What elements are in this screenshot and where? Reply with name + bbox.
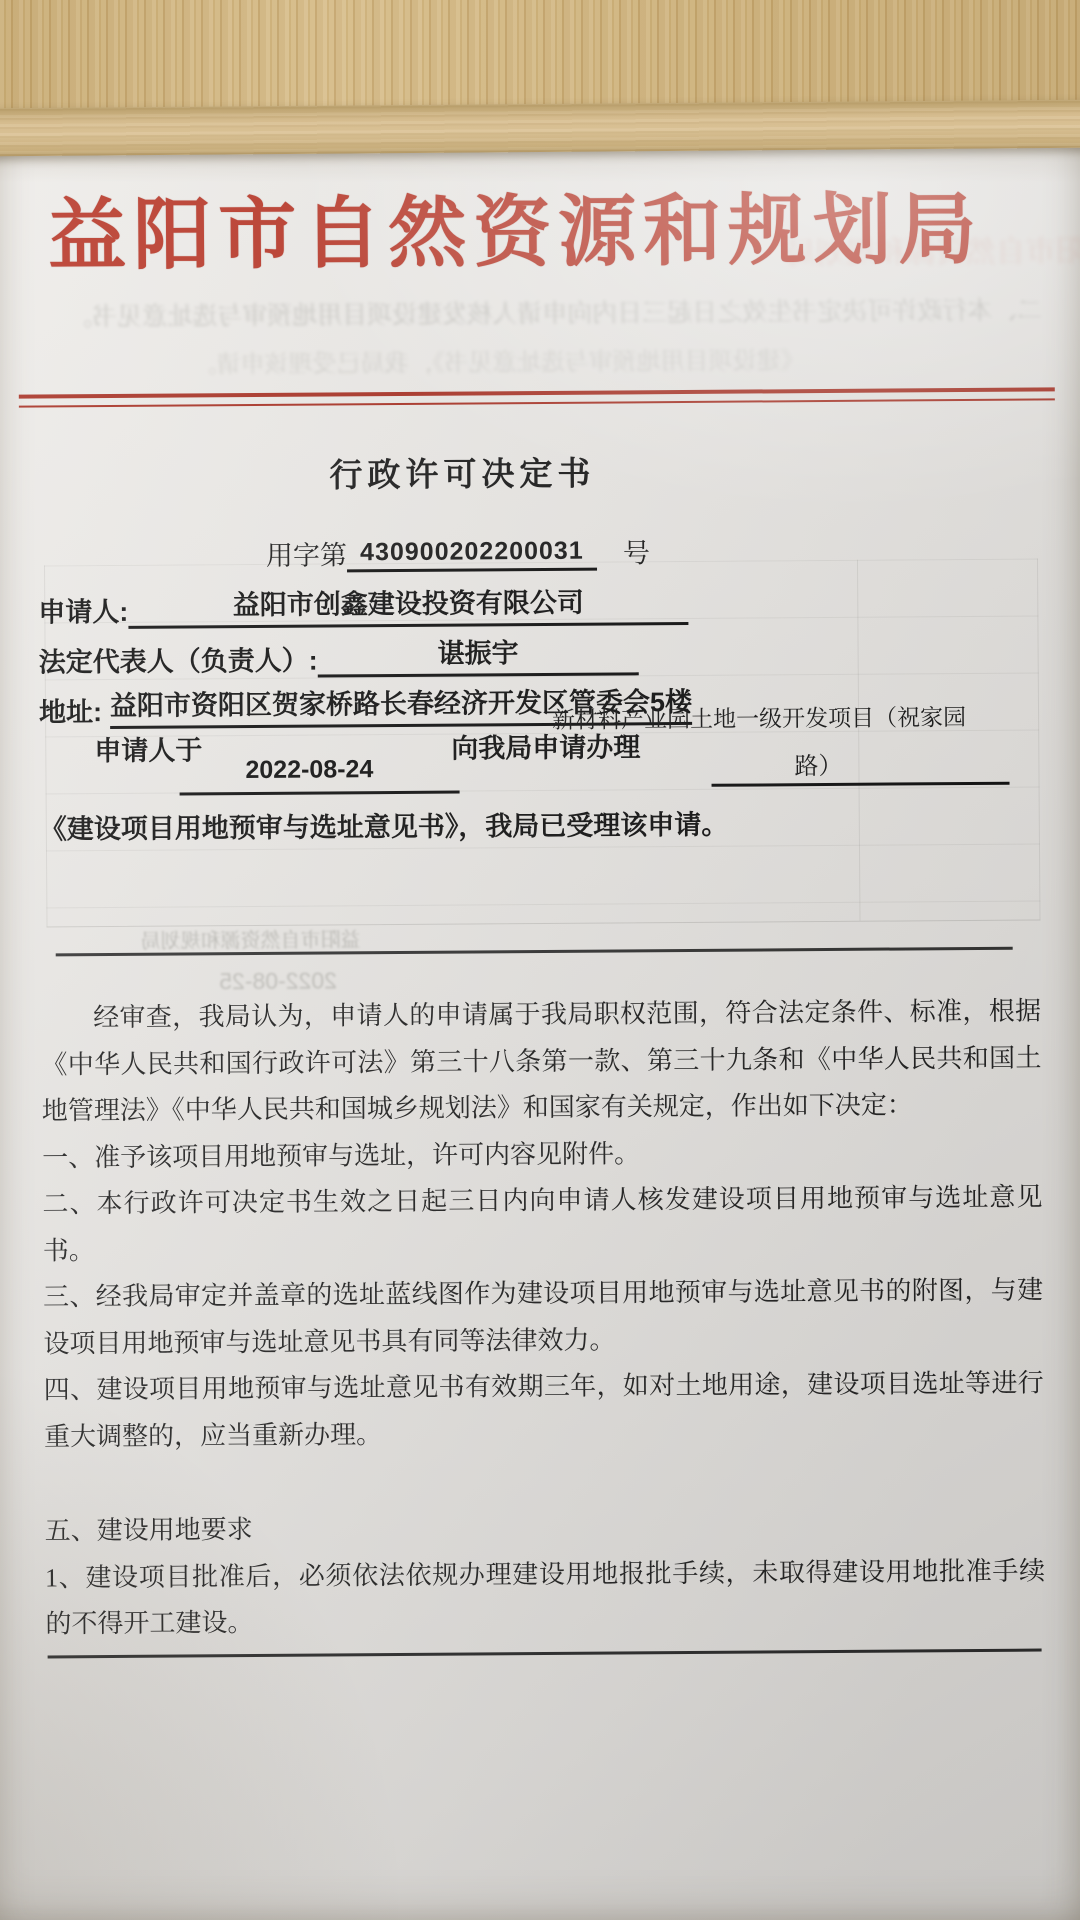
body-paragraph: 经审查，我局认为，申请人的申请属于我局职权范围，符合法定条件、标准，根据《中华人… [41, 989, 1042, 1135]
section-separator-line [56, 947, 1013, 957]
document-number-line: 用字第 430900202200031 号 [0, 529, 918, 574]
doc-number-suffix: 号 [623, 531, 650, 570]
application-middle: 向我局申请办理 [451, 725, 640, 765]
letterhead-rule-thick [19, 387, 1055, 398]
wood-ledge [0, 100, 1080, 157]
legal-representative-label: 法定代表人（负责人）: [39, 639, 318, 680]
body-paragraph: 一、准予该项目用地预审与选址，许可内容见附件。 [42, 1128, 1042, 1181]
body-paragraph: 四、建设项目用地预审与选址意见书有效期三年，如对土地用途，建设项目选址等进行重大… [44, 1360, 1045, 1460]
doc-number-prefix: 用字第 [266, 533, 347, 573]
applicant-label: 申请人: [38, 590, 128, 630]
application-date: 2022-08-24 [245, 755, 373, 785]
bleedthrough-agency-name: 益阳市自然资源和规划局 [51, 923, 361, 953]
project-name-line2: 路） [794, 746, 842, 781]
project-underline [712, 782, 1010, 787]
body-paragraph: 1、建设项目批准后，必须依法依规办理建设用地报批手续，未取得建设用地批准手续的不… [45, 1548, 1046, 1648]
applicant-row: 申请人: 益阳市创鑫建设投资有限公司 [38, 580, 688, 630]
document-title: 行政许可决定书 [0, 445, 928, 498]
letterhead-rule-thin [19, 398, 1055, 407]
date-underline [180, 791, 460, 796]
applicant-value: 益阳市创鑫建设投资有限公司 [128, 580, 688, 629]
decision-body: 经审查，我局认为，申请人的申请属于我局职权范围，符合法定条件、标准，根据《中华人… [41, 989, 1046, 1648]
agency-letterhead-title: 益阳市自然资源和规划局 [35, 171, 996, 296]
photo-scene: 益阳市自然资源和规划局 二、本行政许可决定书生效之日起三日内向申请人核发建设项目… [0, 0, 1080, 1920]
legal-representative-row: 法定代表人（负责人）: 谌振宇 [38, 630, 638, 679]
body-paragraph: 五、建设用地要求 [45, 1501, 1045, 1554]
body-paragraph: 三、经我局审定并盖章的选址蓝线图作为建设项目用地预审与选址意见书的附图，与建设项… [43, 1267, 1044, 1367]
document-content: 益阳市自然资源和规划局 二、本行政许可决定书生效之日起三日内向申请人核发建设项目… [0, 134, 1080, 1920]
application-prefix: 申请人于 [94, 728, 202, 768]
address-label: 地址: [39, 690, 102, 729]
doc-number-value: 430900202200031 [347, 537, 597, 573]
legal-representative-value: 谌振宇 [317, 630, 638, 677]
bottom-rule [48, 1649, 1042, 1659]
acceptance-statement: 《建设项目用地预审与选址意见书》，我局已受理该申请。 [40, 803, 729, 847]
bleedthrough-text: 《建设项目用地预审与选址意见书》，我局已受理该申请。 [24, 340, 804, 377]
bleedthrough-text: 二、本行政许可决定书生效之日起三日内向申请人核发建设项目用地预审与选址意见书。 [24, 290, 1042, 331]
body-paragraph: 二、本行政许可决定书生效之日起三日内向申请人核发建设项目用地预审与选址意见书。 [42, 1175, 1043, 1275]
document-paper: 益阳市自然资源和规划局 二、本行政许可决定书生效之日起三日内向申请人核发建设项目… [0, 138, 1080, 1920]
